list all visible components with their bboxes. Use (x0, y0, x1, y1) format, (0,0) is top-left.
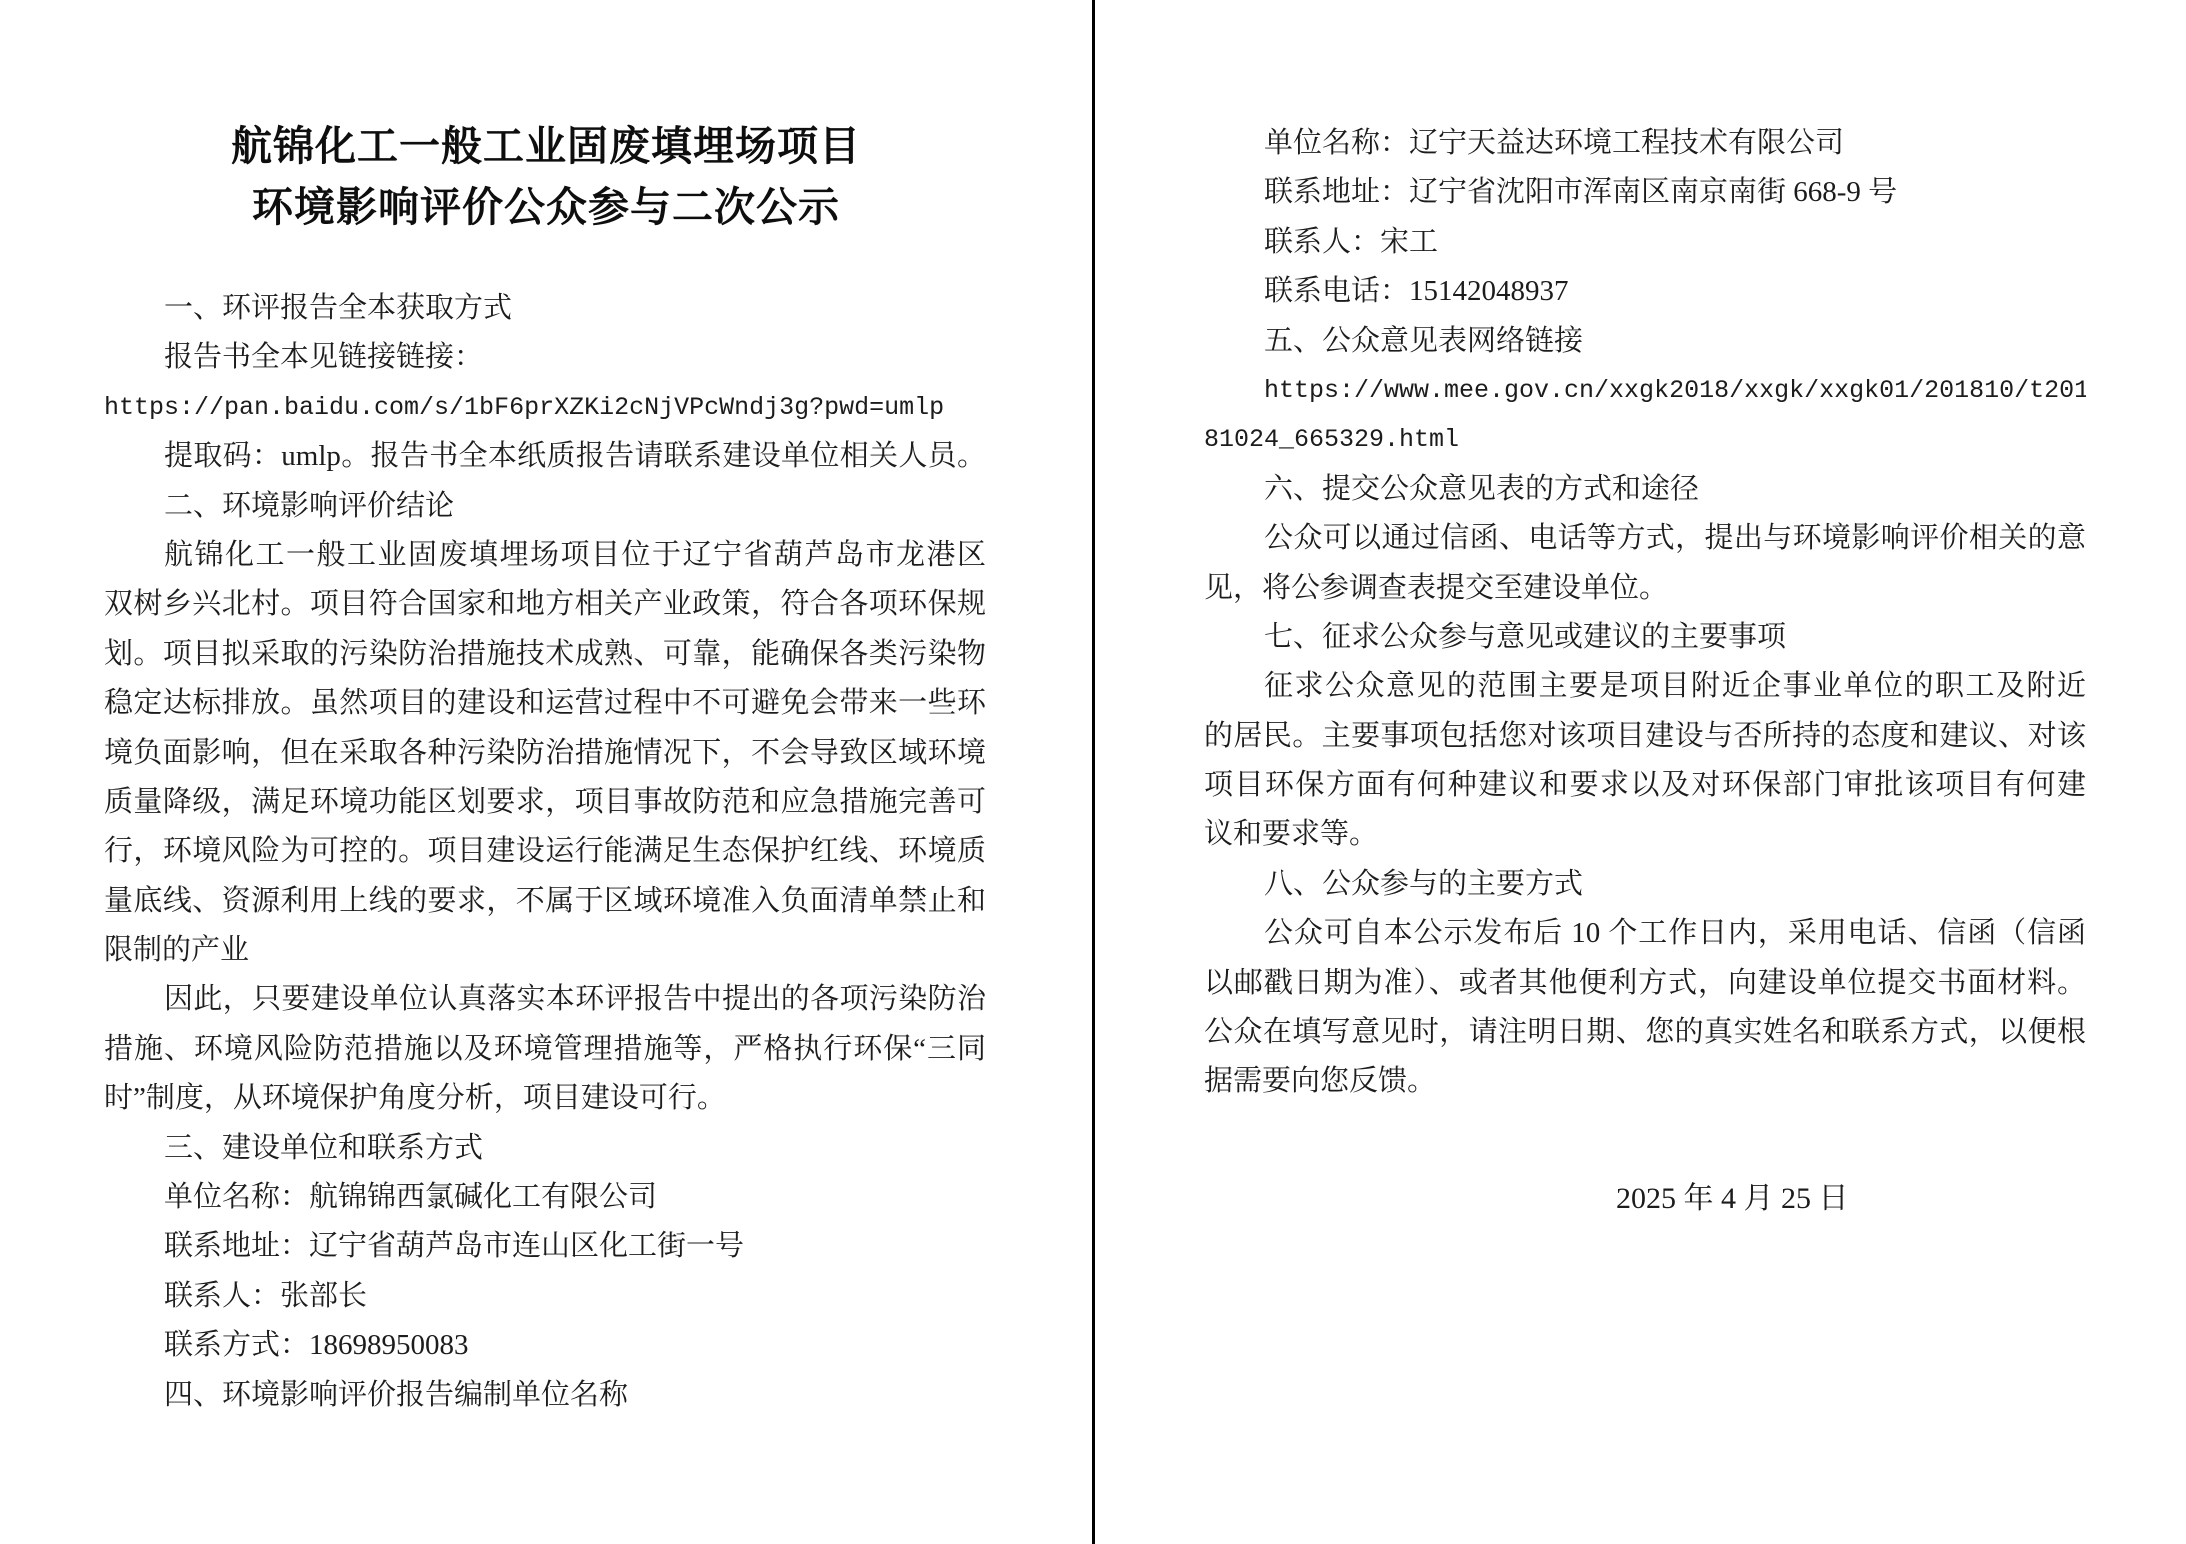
text-line: 五、公众意见表网络链接 (1204, 317, 2086, 366)
text-line: 联系人：张部长 (104, 1272, 986, 1321)
text-line: 七、征求公众参与意见或建议的主要事项 (1204, 613, 2086, 662)
text-line: 公众可自本公示发布后 10 个工作日内，采用电话、信函（信函 (1204, 909, 2086, 958)
text-line: 联系人：宋工 (1204, 218, 2086, 267)
text-line: 以邮戳日期为准）、或者其他便利方式，向建设单位提交书面材料。 (1204, 959, 2086, 1008)
text-line: 据需要向您反馈。 (1204, 1057, 2086, 1106)
right-page-body: 单位名称：辽宁天益达环境工程技术有限公司联系地址：辽宁省沈阳市浑南区南京南街 6… (1204, 119, 2086, 1107)
text-line: 措施、环境风险防范措施以及环境管理措施等，严格执行环保“三同 (104, 1025, 986, 1074)
text-line: 二、环境影响评价结论 (104, 482, 986, 531)
document-title-line-2: 环境影响评价公众参与二次公示 (0, 177, 1092, 238)
text-line: 项目环保方面有何种建议和要求以及对环保部门审批该项目有何建 (1204, 761, 2086, 810)
text-line: 三、建设单位和联系方式 (104, 1124, 986, 1173)
left-page-body: 一、环评报告全本获取方式报告书全本见链接链接：https://pan.baidu… (104, 284, 986, 1420)
text-line: 单位名称：辽宁天益达环境工程技术有限公司 (1204, 119, 2086, 168)
page-divider-line (1092, 0, 1095, 1544)
text-line: 因此，只要建设单位认真落实本环评报告中提出的各项污染防治 (104, 975, 986, 1024)
text-line: 量底线、资源利用上线的要求，不属于区域环境准入负面清单禁止和 (104, 877, 986, 926)
text-line: 行，环境风险为可控的。项目建设运行能满足生态保护红线、环境质 (104, 827, 986, 876)
text-line: 公众在填写意见时，请注明日期、您的真实姓名和联系方式，以便根 (1204, 1008, 2086, 1057)
text-line: 航锦化工一般工业固废填埋场项目位于辽宁省葫芦岛市龙港区 (104, 531, 986, 580)
text-line: 质量降级，满足环境功能区划要求，项目事故防范和应急措施完善可 (104, 778, 986, 827)
text-line: https://pan.baidu.com/s/1bF6prXZKi2cNjVP… (104, 383, 986, 432)
text-line: 划。项目拟采取的污染防治措施技术成熟、可靠，能确保各类污染物 (104, 630, 986, 679)
text-line: 六、提交公众意见表的方式和途径 (1204, 465, 2086, 514)
text-line: 联系方式：18698950083 (104, 1321, 986, 1370)
text-line: 议和要求等。 (1204, 810, 2086, 859)
text-line: 提取码：umlp。报告书全本纸质报告请联系建设单位相关人员。 (104, 432, 986, 481)
document-title: 航锦化工一般工业固废填埋场项目 环境影响评价公众参与二次公示 (0, 116, 1092, 238)
text-line: 的居民。主要事项包括您对该项目建设与否所持的态度和建议、对该 (1204, 712, 2086, 761)
text-line: 四、环境影响评价报告编制单位名称 (104, 1371, 986, 1420)
text-line: 限制的产业 (104, 926, 986, 975)
text-line: 联系地址：辽宁省沈阳市浑南区南京南街 668-9 号 (1204, 168, 2086, 217)
document-title-line-1: 航锦化工一般工业固废填埋场项目 (0, 116, 1092, 177)
text-line: 见，将公参调查表提交至建设单位。 (1204, 564, 2086, 613)
text-line: 征求公众意见的范围主要是项目附近企事业单位的职工及附近 (1204, 662, 2086, 711)
text-line: 八、公众参与的主要方式 (1204, 860, 2086, 909)
text-line: 联系电话：15142048937 (1204, 267, 2086, 316)
publish-date: 2025 年 4 月 25 日 (1616, 1174, 1849, 1223)
text-line: 时”制度，从环境保护角度分析，项目建设可行。 (104, 1074, 986, 1123)
text-line: 81024_665329.html (1204, 415, 2086, 464)
text-line: 单位名称：航锦锦西氯碱化工有限公司 (104, 1173, 986, 1222)
text-line: https://www.mee.gov.cn/xxgk2018/xxgk/xxg… (1204, 366, 2086, 415)
text-line: 双树乡兴北村。项目符合国家和地方相关产业政策，符合各项环保规 (104, 580, 986, 629)
text-line: 稳定达标排放。虽然项目的建设和运营过程中不可避免会带来一些环 (104, 679, 986, 728)
text-line: 报告书全本见链接链接： (104, 333, 986, 382)
text-line: 公众可以通过信函、电话等方式，提出与环境影响评价相关的意 (1204, 514, 2086, 563)
text-line: 一、环评报告全本获取方式 (104, 284, 986, 333)
text-line: 联系地址：辽宁省葫芦岛市连山区化工街一号 (104, 1222, 986, 1271)
text-line: 境负面影响，但在采取各种污染防治措施情况下，不会导致区域环境 (104, 729, 986, 778)
